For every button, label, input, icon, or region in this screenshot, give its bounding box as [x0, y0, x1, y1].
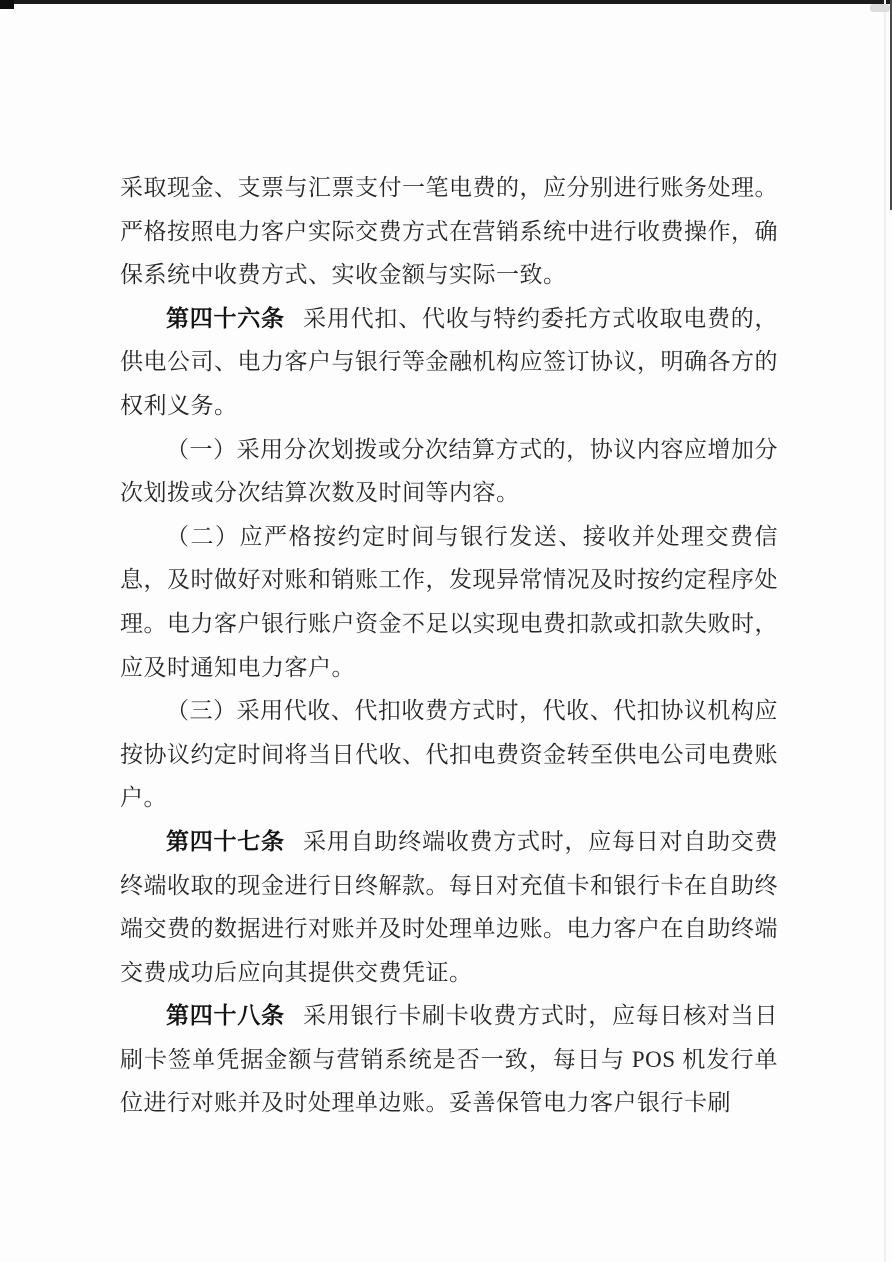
- article-number: 第四十八条: [166, 1003, 285, 1028]
- paragraph-text: （二）应严格按约定时间与银行发送、接收并处理交费信息，及时做好对账和销账工作，发…: [120, 524, 778, 680]
- scan-corner-mark: [0, 0, 14, 9]
- page-fold-line: [884, 0, 886, 1262]
- article-number: 第四十七条: [166, 829, 285, 854]
- paragraph-text: （三）采用代收、代扣收费方式时，代收、代扣协议机构应按协议约定时间将当日代收、代…: [120, 698, 778, 810]
- document-body: 采取现金、支票与汇票支付一笔电费的，应分别进行账务处理。严格按照电力客户实际交费…: [120, 166, 778, 1125]
- list-item-paragraph: （二）应严格按约定时间与银行发送、接收并处理交费信息，及时做好对账和销账工作，发…: [120, 515, 778, 689]
- scan-artifact: [870, 4, 890, 12]
- paragraph-text: （一）采用分次划拨或分次结算方式的，协议内容应增加分次划拨或分次结算次数及时间等…: [120, 437, 778, 506]
- page-top-edge: [0, 0, 892, 4]
- list-item-paragraph: （一）采用分次划拨或分次结算方式的，协议内容应增加分次划拨或分次结算次数及时间等…: [120, 428, 778, 515]
- paragraph-text: 采取现金、支票与汇票支付一笔电费的，应分别进行账务处理。严格按照电力客户实际交费…: [120, 175, 778, 287]
- list-item-paragraph: （三）采用代收、代扣收费方式时，代收、代扣协议机构应按协议约定时间将当日代收、代…: [120, 689, 778, 820]
- continuation-paragraph: 采取现金、支票与汇票支付一笔电费的，应分别进行账务处理。严格按照电力客户实际交费…: [120, 166, 778, 297]
- article-paragraph: 第四十八条采用银行卡刷卡收费方式时，应每日核对当日刷卡签单凭据金额与营销系统是否…: [120, 994, 778, 1125]
- article-paragraph: 第四十七条采用自助终端收费方式时，应每日对自助交费终端收取的现金进行日终解款。每…: [120, 820, 778, 994]
- article-number: 第四十六条: [166, 306, 285, 331]
- article-paragraph: 第四十六条采用代扣、代收与特约委托方式收取电费的，供电公司、电力客户与银行等金融…: [120, 297, 778, 428]
- document-page: 采取现金、支票与汇票支付一笔电费的，应分别进行账务处理。严格按照电力客户实际交费…: [0, 0, 892, 1262]
